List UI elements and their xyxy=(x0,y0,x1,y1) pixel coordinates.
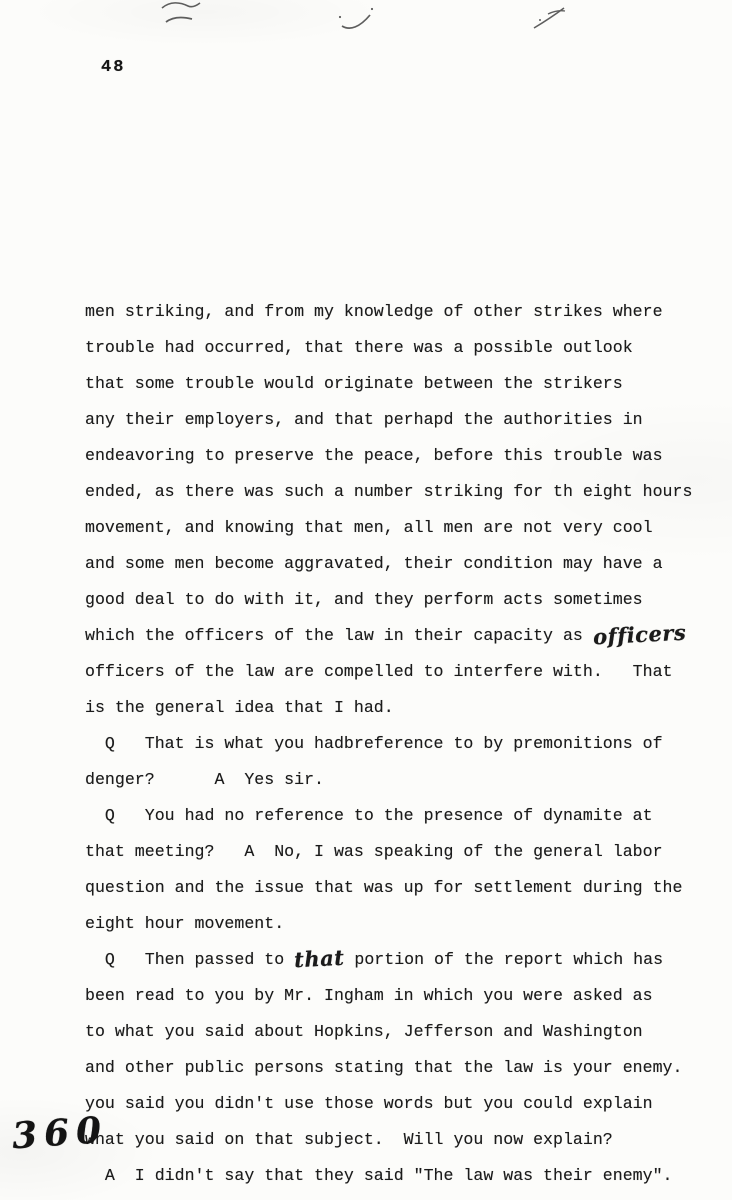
typed-text: Q Then passed to xyxy=(85,950,294,969)
typed-text: portion of the report which has xyxy=(344,950,663,969)
typed-text: been read to you by Mr. Ingham in which … xyxy=(85,986,653,1005)
transcript: men striking, and from my knowledge of o… xyxy=(85,294,692,1194)
typed-text: question and the issue that was up for s… xyxy=(85,878,682,897)
page-number: 48 xyxy=(101,58,125,77)
transcript-line: that some trouble would originate betwee… xyxy=(85,366,692,402)
typed-text: any their employers, and that perhapd th… xyxy=(85,410,643,429)
typed-text: and some men become aggravated, their co… xyxy=(85,554,663,573)
transcript-line: A I didn't say that they said "The law w… xyxy=(85,1158,692,1194)
ink-squiggle-right-icon xyxy=(526,2,570,34)
ink-squiggle-left-icon xyxy=(158,0,206,30)
sheet-number-handwritten: 360 xyxy=(11,1109,110,1158)
ink-squiggle-center-icon xyxy=(336,4,378,34)
transcript-line: movement, and knowing that men, all men … xyxy=(85,510,692,546)
handwritten-correction: that xyxy=(294,947,345,971)
typed-text: is the general idea that I had. xyxy=(85,698,394,717)
transcript-line: men striking, and from my knowledge of o… xyxy=(85,294,692,330)
typed-text: endeavoring to preserve the peace, befor… xyxy=(85,446,663,465)
transcript-line: Q You had no reference to the presence o… xyxy=(85,798,692,834)
scanned-transcript-page: 48 men striking, and from my knowledge o… xyxy=(0,0,732,1200)
transcript-line: is the general idea that I had. xyxy=(85,690,692,726)
typed-text: which the officers of the law in their c… xyxy=(85,626,593,645)
transcript-line: trouble had occurred, that there was a p… xyxy=(85,330,692,366)
transcript-line: good deal to do with it, and they perfor… xyxy=(85,582,692,618)
transcript-line: endeavoring to preserve the peace, befor… xyxy=(85,438,692,474)
transcript-line: to what you said about Hopkins, Jefferso… xyxy=(85,1014,692,1050)
transcript-line: been read to you by Mr. Ingham in which … xyxy=(85,978,692,1014)
typed-text: to what you said about Hopkins, Jefferso… xyxy=(85,1022,643,1041)
transcript-line: eight hour movement. xyxy=(85,906,692,942)
transcript-line: what you said on that subject. Will you … xyxy=(85,1122,692,1158)
transcript-line: question and the issue that was up for s… xyxy=(85,870,692,906)
typed-text: trouble had occurred, that there was a p… xyxy=(85,338,633,357)
transcript-line: you said you didn't use those words but … xyxy=(85,1086,692,1122)
typed-text: Q You had no reference to the presence o… xyxy=(85,806,653,825)
typed-text: and other public persons stating that th… xyxy=(85,1058,682,1077)
transcript-line: and some men become aggravated, their co… xyxy=(85,546,692,582)
typed-text: men striking, and from my knowledge of o… xyxy=(85,302,663,321)
transcript-line: which the officers of the law in their c… xyxy=(85,618,692,654)
handwritten-correction: officers xyxy=(592,622,686,648)
typed-text: what you said on that subject. Will you … xyxy=(85,1130,613,1149)
transcript-line: any their employers, and that perhapd th… xyxy=(85,402,692,438)
typed-text: that some trouble would originate betwee… xyxy=(85,374,623,393)
typed-text: denger? A Yes sir. xyxy=(85,770,324,789)
transcript-line: Q Then passed to that portion of the rep… xyxy=(85,942,692,978)
typed-text: A I didn't say that they said "The law w… xyxy=(85,1166,673,1185)
typed-text: good deal to do with it, and they perfor… xyxy=(85,590,643,609)
typed-text: Q That is what you hadbreference to by p… xyxy=(85,734,663,753)
typed-text: ended, as there was such a number striki… xyxy=(85,482,692,501)
transcript-line: that meeting? A No, I was speaking of th… xyxy=(85,834,692,870)
transcript-line: and other public persons stating that th… xyxy=(85,1050,692,1086)
typed-text: movement, and knowing that men, all men … xyxy=(85,518,653,537)
typed-text: eight hour movement. xyxy=(85,914,284,933)
transcript-line: ended, as there was such a number striki… xyxy=(85,474,692,510)
transcript-line: Q That is what you hadbreference to by p… xyxy=(85,726,692,762)
typed-text: that meeting? A No, I was speaking of th… xyxy=(85,842,663,861)
transcript-line: officers of the law are compelled to int… xyxy=(85,654,692,690)
typed-text: officers of the law are compelled to int… xyxy=(85,662,673,681)
typed-text: you said you didn't use those words but … xyxy=(85,1094,653,1113)
transcript-line: denger? A Yes sir. xyxy=(85,762,692,798)
